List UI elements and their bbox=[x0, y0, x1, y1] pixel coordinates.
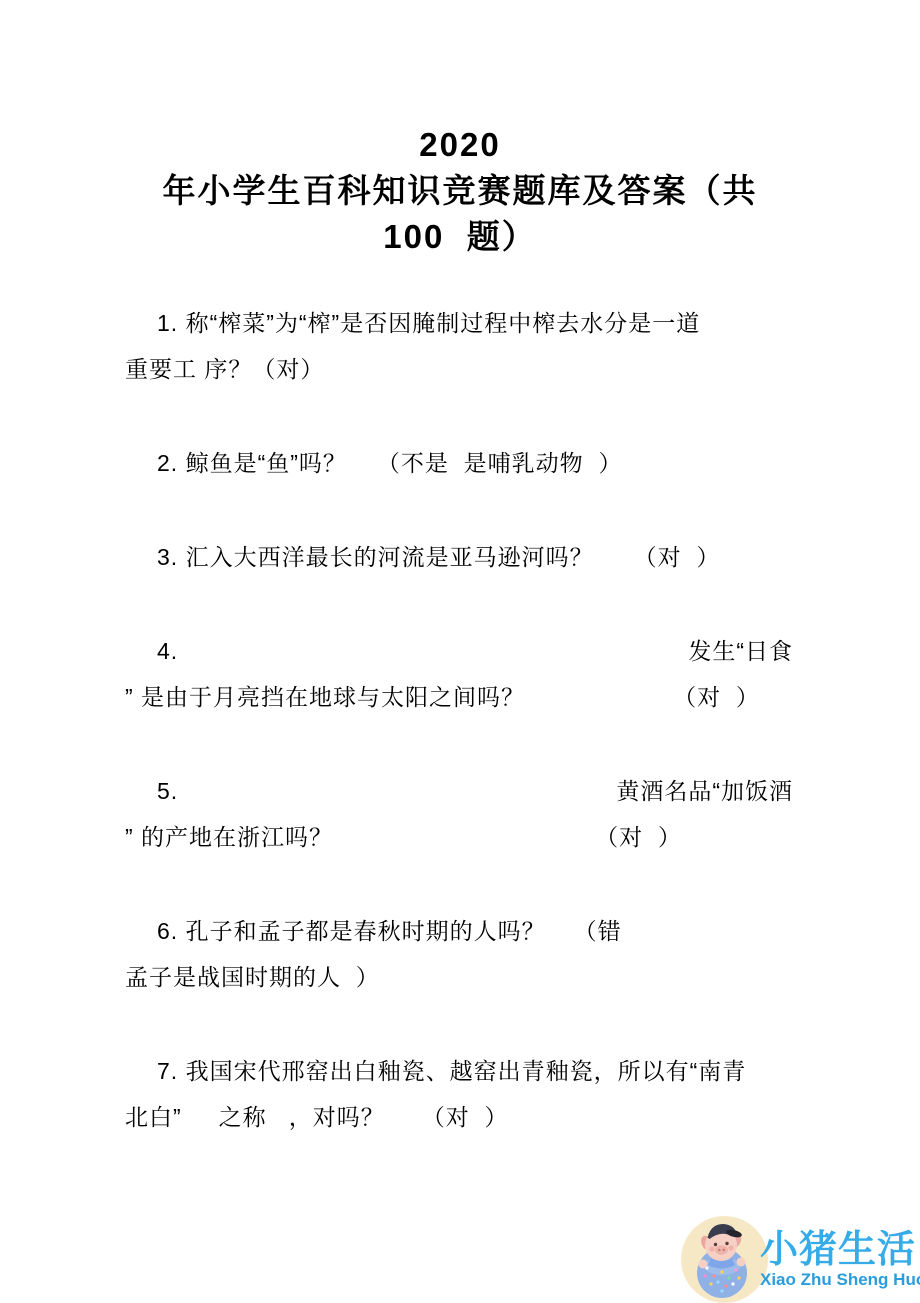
question-6: 6. 孔子和孟子都是春秋时期的人吗？ （错 孟子是战国时期的人 ） bbox=[125, 908, 793, 1000]
question-6-answer-start: （错 bbox=[574, 908, 622, 954]
question-4-number: 4. bbox=[157, 628, 178, 674]
question-2-text: 2. 鲸鱼是“鱼”吗？ bbox=[157, 440, 347, 486]
question-4-text-start: 发生“日食 bbox=[688, 628, 793, 674]
question-1: 1. 称“榨菜”为“榨”是否因腌制过程中榨去水分是一道 重要工 序？（对） bbox=[125, 300, 793, 392]
question-5-text-end: ” 的产地在浙江吗？ bbox=[125, 814, 333, 860]
question-5-line-1: 5. 黄酒名品“加饭酒 bbox=[125, 768, 793, 814]
question-5: 5. 黄酒名品“加饭酒 ” 的产地在浙江吗？ （对 ） bbox=[125, 768, 793, 860]
question-6-line-1: 6. 孔子和孟子都是春秋时期的人吗？ （错 bbox=[125, 908, 793, 954]
brand-logo: 小猪生活 Xiao Zhu Sheng Huo bbox=[681, 1216, 920, 1303]
question-4: 4. 发生“日食 ” 是由于月亮挡在地球与太阳之间吗？ （对 ） bbox=[125, 628, 793, 720]
brand-name-chinese: 小猪生活 bbox=[760, 1230, 920, 1270]
question-6-text: 6. 孔子和孟子都是春秋时期的人吗？ bbox=[157, 908, 546, 954]
question-2-answer: （不是 是哺乳动物 ） bbox=[377, 440, 623, 486]
question-1-line-1: 1. 称“榨菜”为“榨”是否因腌制过程中榨去水分是一道 bbox=[125, 300, 793, 346]
title-line-3: 100 题） bbox=[0, 214, 920, 260]
page-title: 2020 年小学生百科知识竞赛题库及答案（共 100 题） bbox=[0, 122, 920, 260]
question-3-answer: （对 ） bbox=[634, 534, 721, 580]
question-2-line-1: 2. 鲸鱼是“鱼”吗？ （不是 是哺乳动物 ） bbox=[125, 440, 793, 486]
question-7: 7. 我国宋代邢窑出白釉瓷、越窑出青釉瓷，所以有“南青 北白” 之称 ，对吗？ … bbox=[125, 1048, 793, 1140]
question-4-line-1: 4. 发生“日食 bbox=[125, 628, 793, 674]
question-3-line-1: 3. 汇入大西洋最长的河流是亚马逊河吗？ （对 ） bbox=[125, 534, 793, 580]
question-2: 2. 鲸鱼是“鱼”吗？ （不是 是哺乳动物 ） bbox=[125, 440, 793, 486]
question-1-line-2: 重要工 序？（对） bbox=[125, 346, 793, 392]
question-4-line-2: ” 是由于月亮挡在地球与太阳之间吗？ （对 ） bbox=[125, 674, 793, 720]
question-6-line-2: 孟子是战国时期的人 ） bbox=[125, 954, 793, 1000]
question-4-text-end: ” 是由于月亮挡在地球与太阳之间吗？ bbox=[125, 674, 525, 720]
question-3-text: 3. 汇入大西洋最长的河流是亚马逊河吗？ bbox=[157, 534, 594, 580]
brand-name-pinyin: Xiao Zhu Sheng Huo bbox=[760, 1270, 920, 1290]
pig-mascot-icon bbox=[681, 1216, 768, 1303]
title-line-1: 2020 bbox=[0, 122, 920, 168]
question-list: 1. 称“榨菜”为“榨”是否因腌制过程中榨去水分是一道 重要工 序？（对） 2.… bbox=[125, 300, 793, 1188]
question-5-line-2: ” 的产地在浙江吗？ （对 ） bbox=[125, 814, 793, 860]
question-7-line-2: 北白” 之称 ，对吗？ （对 ） bbox=[125, 1094, 793, 1140]
brand-text: 小猪生活 Xiao Zhu Sheng Huo bbox=[760, 1230, 920, 1290]
document-page: 2020 年小学生百科知识竞赛题库及答案（共 100 题） 1. 称“榨菜”为“… bbox=[0, 0, 920, 1303]
title-line-2: 年小学生百科知识竞赛题库及答案（共 bbox=[0, 168, 920, 214]
question-5-text-start: 黄酒名品“加饭酒 bbox=[616, 768, 793, 814]
question-7-line-1: 7. 我国宋代邢窑出白釉瓷、越窑出青釉瓷，所以有“南青 bbox=[125, 1048, 793, 1094]
question-3: 3. 汇入大西洋最长的河流是亚马逊河吗？ （对 ） bbox=[125, 534, 793, 580]
question-5-number: 5. bbox=[157, 768, 178, 814]
question-5-answer: （对 ） bbox=[595, 814, 682, 860]
question-4-answer: （对 ） bbox=[673, 674, 760, 720]
